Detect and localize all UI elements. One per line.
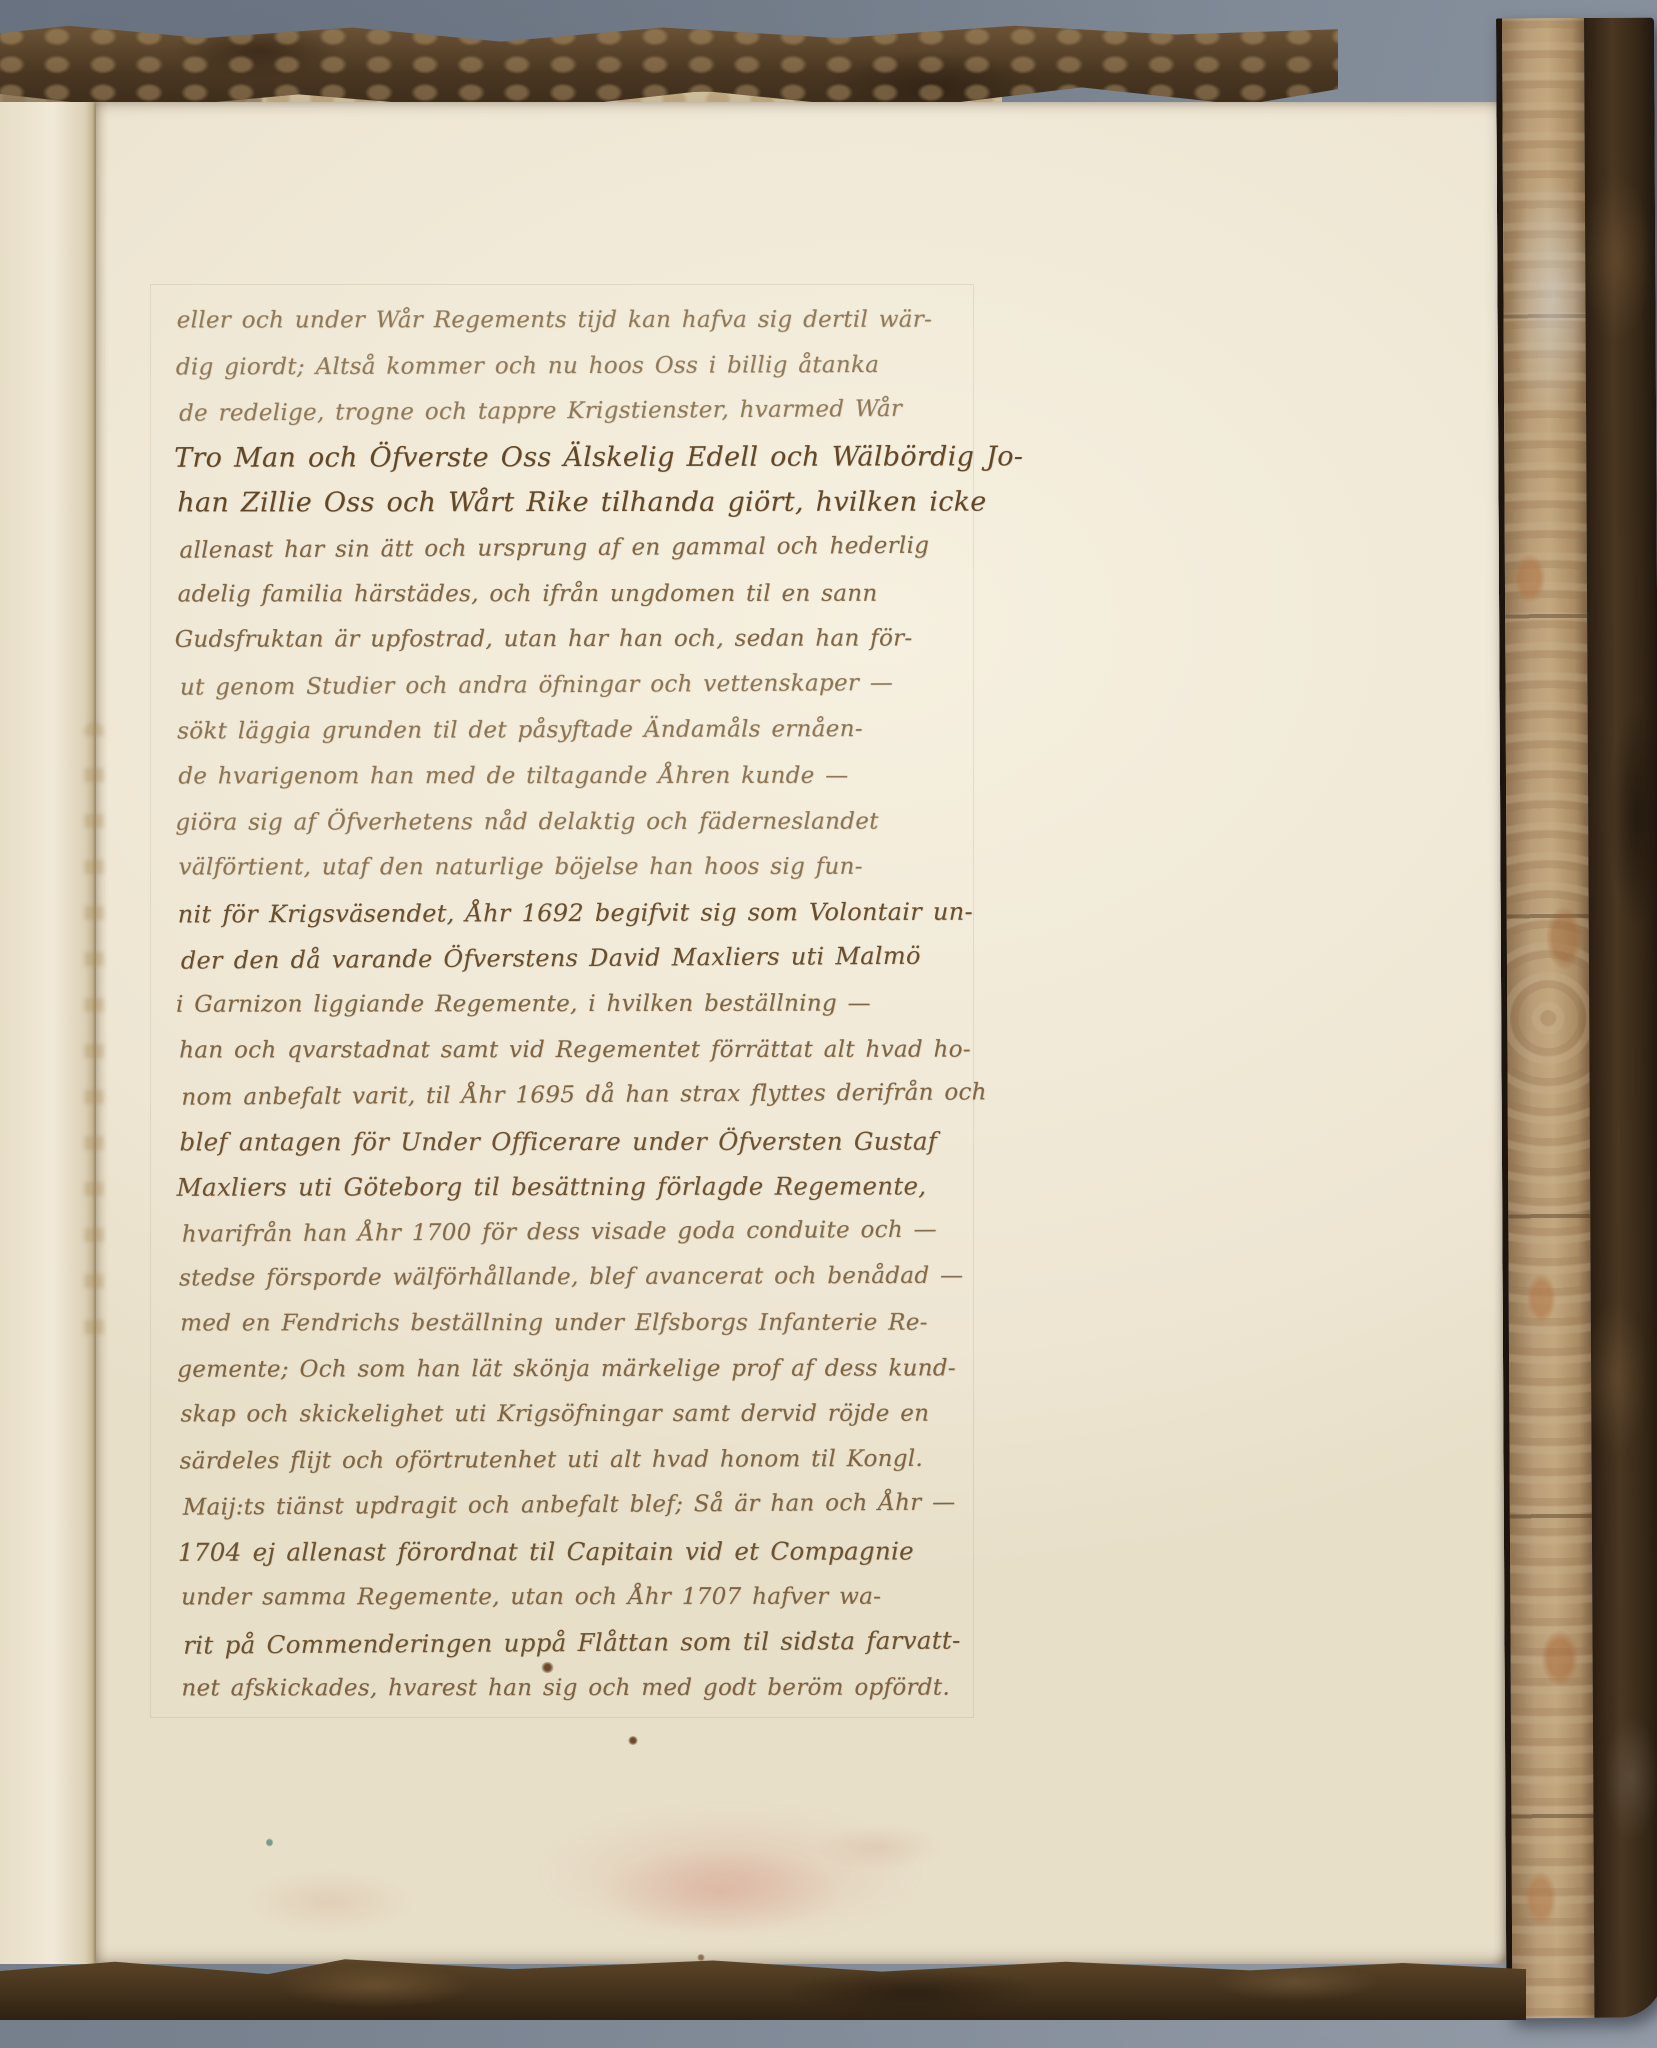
manuscript-line: stedse försporde wälförhållande, blef av… — [179, 1254, 985, 1302]
manuscript-line: Maxliers uti Göteborg til besättning för… — [177, 1164, 983, 1211]
manuscript-line: hvarifrån han Åhr 1700 för dess visade g… — [182, 1207, 988, 1258]
manuscript-line: giöra sig af Öfverhetens nåd delaktig oc… — [175, 799, 981, 846]
manuscript-line: de redelige, trogne och tappre Krigstien… — [179, 386, 985, 437]
ink-stain-spot — [541, 1662, 554, 1673]
cover-right-edge — [1496, 18, 1657, 2019]
manuscript-line: der den då varande Öfverstens David Maxl… — [181, 934, 987, 985]
left-page-edge — [0, 102, 96, 1964]
ink-stain-spot — [697, 1954, 705, 1961]
cover-bottom-edge — [0, 1958, 1526, 2020]
manuscript-line: särdeles flijt och oförtrutenhet uti alt… — [180, 1436, 986, 1484]
manuscript-line: ut genom Studier och andra öfningar och … — [180, 660, 986, 711]
manuscript-line: rit på Commenderingen uppå Flåttan som t… — [183, 1618, 989, 1669]
manuscript-line: Maij:ts tiänst updragit och anbefalt ble… — [183, 1481, 989, 1532]
manuscript-line: under samma Regemente, utan och Åhr 1707… — [181, 1574, 987, 1620]
manuscript-line: Tro Man och Öfverste Oss Älskelig Edell … — [174, 434, 980, 481]
manuscript-line: sökt läggia grunden til det påsyftade Än… — [177, 707, 983, 755]
manuscript-line: net afskickades, hvarest han sig och med… — [181, 1665, 987, 1711]
manuscript-line: med en Fendrichs beställning under Elfsb… — [180, 1301, 986, 1347]
manuscript-line: 1704 ej allenast förordnat til Capitain … — [178, 1528, 984, 1575]
leather-cover-edge — [1584, 18, 1657, 2018]
open-manuscript-book: eller och under Wår Regements tijd kan h… — [0, 0, 1657, 2048]
manuscript-line: gemente; Och som han lät skönja märkelig… — [177, 1346, 983, 1393]
manuscript-line: Gudsfruktan är upfostrad, utan har han o… — [175, 616, 981, 663]
manuscript-line: välförtient, utaf den naturlige böjelse … — [178, 845, 984, 891]
manuscript-line: nom anbefalt varit, til Åhr 1695 då han … — [181, 1070, 987, 1121]
gutter-sewing-stains — [84, 722, 104, 1342]
manuscript-text: eller och under Wår Regements tijd kan h… — [176, 297, 987, 1713]
manuscript-line: skap och skickelighet uti Krigsöfningar … — [180, 1392, 986, 1438]
open-pages: eller och under Wår Regements tijd kan h… — [0, 102, 1508, 1964]
manuscript-line: eller och under Wår Regements tijd kan h… — [177, 298, 983, 344]
manuscript-line: nit för Krigsväsendet, Åhr 1692 begifvit… — [178, 889, 984, 937]
manuscript-line: dig giordt; Altså kommer och nu hoos Oss… — [176, 342, 982, 390]
manuscript-line: allenast har sin ätt och ursprung af en … — [179, 523, 985, 574]
pigment-speck — [266, 1838, 273, 1847]
foxing-stain — [540, 1808, 920, 1938]
ink-stain-spot — [628, 1736, 638, 1745]
manuscript-line: han Zillie Oss och Wårt Rike tilhanda gi… — [177, 480, 983, 526]
manuscript-line: adelig familia härstädes, och ifrån ungd… — [178, 571, 984, 617]
manuscript-line: de hvarigenom han med de tiltagande Åhre… — [178, 754, 984, 800]
marbled-endpaper — [1502, 18, 1594, 2018]
manuscript-line: blef antagen för Under Officerare under … — [179, 1118, 985, 1164]
manuscript-line: han och qvarstadnat samt vid Regementet … — [179, 1027, 985, 1073]
manuscript-line: i Garnizon liggiande Regemente, i hvilke… — [176, 981, 982, 1028]
